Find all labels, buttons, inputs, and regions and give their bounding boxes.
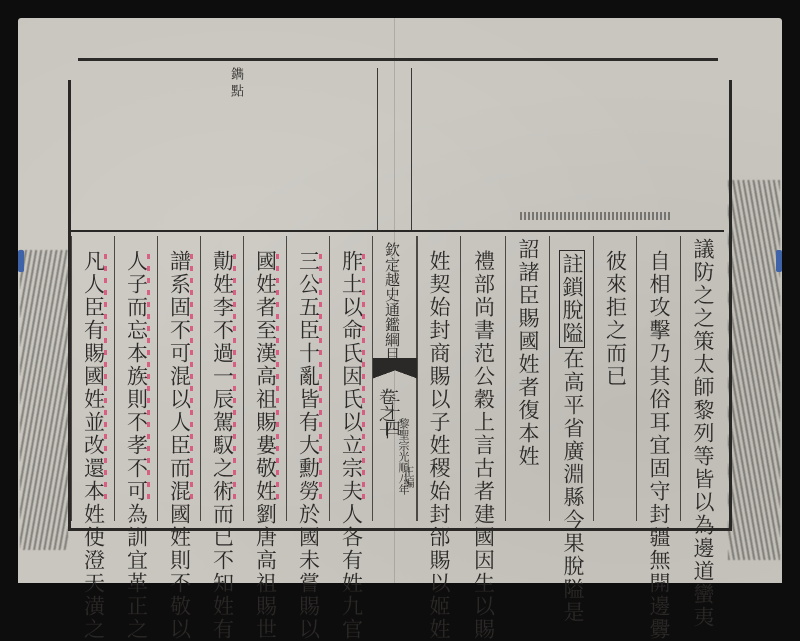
fish-tail-mark [373,364,417,386]
ink-smudge-left [20,250,68,550]
red-annotation-marks [147,254,150,504]
scan-background: 鐫 點 議防之之策太師黎列等皆以為邊道蠻夷 自相攻擊乃其俗耳宜固守封疆無開邊釁 … [0,0,800,583]
red-annotation-marks [276,254,279,504]
text-column-6: 禮部尚書范公穀上言古者建國因生以賜 [460,236,506,521]
red-annotation-marks [362,254,365,504]
text-column-14: 凡人臣有賜國姓並改還本姓使澄天潢之 [71,236,115,521]
annotation-box: 註鎖脫隘 [559,250,585,348]
section-label: 正編 [400,466,416,488]
annotation-text: 在高平省廣淵縣今果脫隘是 [559,348,585,583]
column-text: 姓契始封商賜以子姓稷始封邰賜以姬姓 [427,250,451,583]
text-column-5: 詔諸臣賜國姓者復本姓 [505,236,550,521]
text-column-8: 胙土以命氏因氏以立宗夫人各有姓九官 [329,236,373,521]
column-text: 三公五臣十亂皆有大勳勞於國未嘗賜以 [297,250,321,583]
red-annotation-marks [319,254,322,504]
header-box [70,60,724,232]
red-annotation-marks [233,254,236,504]
ink-smudge-header [520,212,670,220]
column-text: 彼來拒之而已 [604,250,628,388]
red-annotation-marks [190,254,193,504]
red-annotation-marks [104,254,107,504]
ink-smudge-right [728,180,780,560]
text-column-9: 三公五臣十亂皆有大勳勞於國未嘗賜以 [286,236,330,521]
text-column-3: 彼來拒之而已 [593,236,637,521]
column-text: 自相攻擊乃其俗耳宜固守封疆無開邊釁 [647,250,671,583]
page-number: 二十四 [380,388,403,436]
column-text: 胙土以命氏因氏以立宗夫人各有姓九官 [340,250,364,583]
column-text: 議防之之策太師黎列等皆以為邊道蠻夷 [691,238,715,583]
text-column-2: 自相攻擊乃其俗耳宜固守封疆無開邊釁 [636,236,681,521]
text-column-10: 國姓者至漢高祖賜婁敬姓劉唐高祖賜世 [243,236,287,521]
text-column-13: 人子而忘本族則不孝不可為訓宜革正之 [114,236,158,521]
header-divider [411,68,412,230]
column-text: 譜系固不可混以人臣而混國姓則不敬以 [168,250,192,583]
book-title: 欽定越史通鑑綱目 [383,242,401,362]
column-text: 勣姓李不過一辰駕馭之術而已不知姓有 [211,250,235,583]
header-divider [377,68,378,230]
blue-tab-left [18,250,24,272]
header-label: 鐫 點 [224,67,244,97]
column-text: 詔諸臣賜國姓者復本姓 [516,238,540,468]
column-text: 國姓者至漢高祖賜婁敬姓劉唐高祖賜世 [254,250,278,583]
text-column-11: 勣姓李不過一辰駕馭之術而已不知姓有 [200,236,244,521]
column-text: 註鎖脫隘在高平省廣淵縣今果脫隘是 [559,250,585,583]
column-text: 凡人臣有賜國姓並改還本姓使澄天潢之 [82,250,106,583]
text-column-1: 議防之之策太師黎列等皆以為邊道蠻夷 [680,236,725,521]
text-column-4: 註鎖脫隘在高平省廣淵縣今果脫隘是 [549,236,594,521]
blue-tab-right [776,250,782,272]
column-text: 禮部尚書范公穀上言古者建國因生以賜 [472,250,496,583]
text-column-12: 譜系固不可混以人臣而混國姓則不敬以 [157,236,201,521]
text-column-7: 姓契始封商賜以子姓稷始封邰賜以姬姓 [416,236,461,521]
column-text: 人子而忘本族則不孝不可為訓宜革正之 [125,250,149,583]
